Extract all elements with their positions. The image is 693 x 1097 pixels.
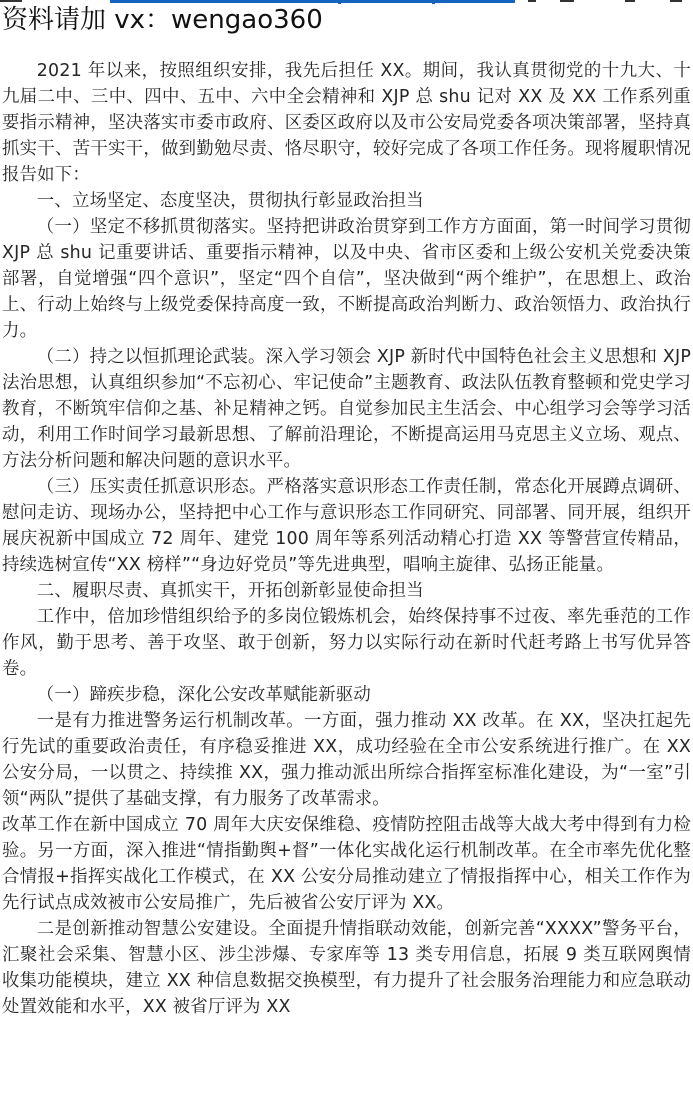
intro-paragraph: 2021 年以来，按照组织安排，我先后担任 XX。期间，我认真贯彻党的十九大、十…: [2, 58, 691, 188]
cropped-text-fragment: [560, 0, 574, 2]
point-2-paragraph: 二是创新推动智慧公安建设。全面提升情指联动效能，创新完善“XXXX”警务平台，汇…: [2, 916, 691, 1020]
point-1-paragraph: 一是有力推进警务运行机制改革。一方面，强力推动 XX 改革。在 XX，坚决扛起先…: [2, 708, 691, 812]
subsection-1-3: （三）压实责任抓意识形态。严格落实意识形态工作责任制，常态化开展蹲点调研、慰问走…: [2, 474, 691, 578]
point-1-continuation: 改革工作在新中国成立 70 周年大庆安保维稳、疫情防控阻击战等大战大考中得到有力…: [2, 812, 691, 916]
subsection-1-1: （一）坚定不移抓贯彻落实。坚持把讲政治贯穿到工作方方面面，第一时间学习贯彻 XJ…: [2, 214, 691, 344]
cropped-text-fragment: [670, 0, 682, 2]
document-body: 2021 年以来，按照组织安排，我先后担任 XX。期间，我认真贯彻党的十九大、十…: [2, 58, 691, 1020]
section-heading-2: 二、履职尽责、真抓实干，开拓创新彰显使命担当: [2, 578, 691, 604]
cropped-link-glyph: [338, 0, 341, 4]
cropped-text-fragment: [625, 0, 635, 2]
cropped-text-fragment: [528, 0, 536, 2]
subsection-1-2: （二）持之以恒抓理论武装。深入学习领会 XJP 新时代中国特色社会主义思想和 X…: [2, 344, 691, 474]
section-heading-1: 一、立场坚定、态度坚决，贯彻执行彰显政治担当: [2, 188, 691, 214]
cropped-text-fragment: [0, 0, 22, 2]
cropped-link-glyph: [432, 0, 435, 4]
contact-banner: 资料请加 vx：wengao360: [2, 4, 323, 36]
subsection-2-1-heading: （一）蹄疾步稳，深化公安改革赋能新驱动: [2, 682, 691, 708]
cropped-link-underline[interactable]: [110, 0, 515, 3]
section-2-intro: 工作中，倍加珍惜组织给予的多岗位锻炼机会，始终保持事不过夜、率先垂范的工作作风，…: [2, 604, 691, 682]
